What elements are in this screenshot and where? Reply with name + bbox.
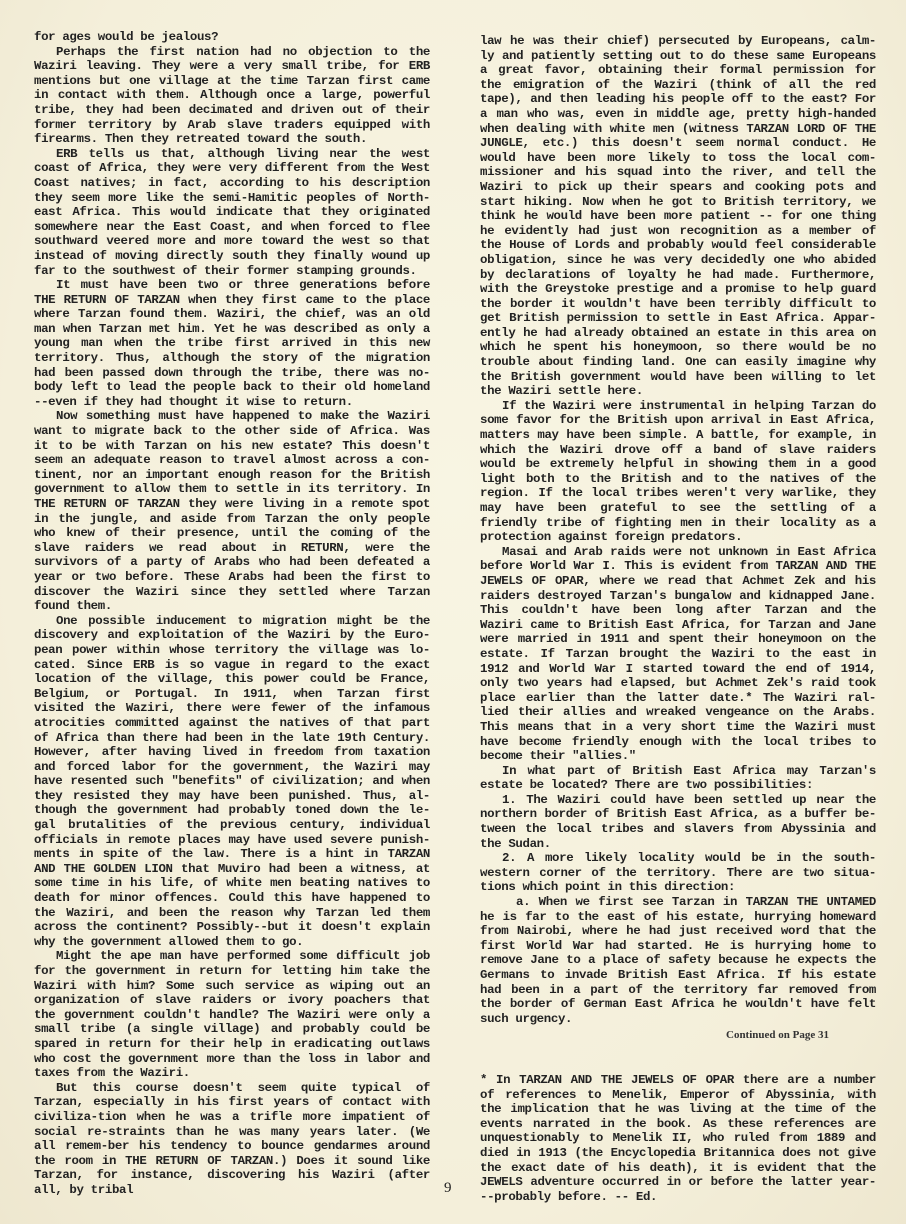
paragraph: But this course doesn't seem quite typic… xyxy=(34,1081,430,1198)
left-column: for ages would be jealous? Perhaps the f… xyxy=(34,30,430,1198)
footnote: * In TARZAN AND THE JEWELS OF OPAR there… xyxy=(480,1073,876,1204)
page-number: 9 xyxy=(444,1180,452,1197)
continued-note: Continued on Page 31 xyxy=(704,1028,876,1043)
paragraph: It must have been two or three generatio… xyxy=(34,278,430,409)
paragraph: In what part of British East Africa may … xyxy=(480,764,876,793)
paragraph: 2. A more likely locality would be in th… xyxy=(480,851,876,895)
paragraph: 1. The Waziri could have been settled up… xyxy=(480,793,876,851)
paragraph: If the Waziri were instrumental in helpi… xyxy=(480,399,876,545)
page: for ages would be jealous? Perhaps the f… xyxy=(0,0,906,1224)
paragraph: Perhaps the first nation had no objectio… xyxy=(34,45,430,147)
paragraph: Masai and Arab raids were not unknown in… xyxy=(480,545,876,764)
paragraph: Now something must have happened to make… xyxy=(34,409,430,613)
paragraph: a. When we first see Tarzan in TARZAN TH… xyxy=(480,895,876,1026)
right-column: law he was their chief) persecuted by Eu… xyxy=(480,34,876,1204)
paragraph: for ages would be jealous? xyxy=(34,30,430,45)
paragraph: law he was their chief) persecuted by Eu… xyxy=(480,34,876,399)
paragraph: ERB tells us that, although living near … xyxy=(34,147,430,278)
paragraph: One possible inducement to migration mig… xyxy=(34,614,430,950)
paragraph: Might the ape man have performed some di… xyxy=(34,949,430,1080)
